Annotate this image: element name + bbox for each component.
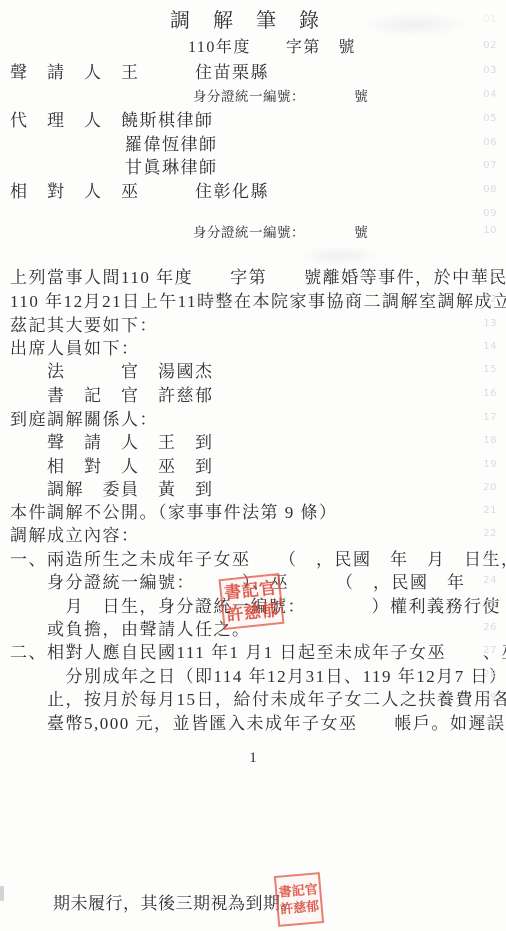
agent-line: 代 理 人 饒斯棋律師 [10, 109, 214, 132]
clause-line: 止，按月於每月15日，給付未成年子女二人之扶養費用各新 [10, 688, 506, 711]
document-line: 或負擔，由聲請人任之。26 [0, 618, 506, 641]
document-line: 一、兩造所生之未成年子女巫 （ ，民國 年 月 日生，23 [0, 548, 506, 571]
id-number-line: 身分證統一編號： 號 [193, 85, 368, 108]
document-title: 調 解 筆 錄 [170, 10, 321, 33]
line-number: 16 [483, 388, 497, 399]
clause-line: 分別成年之日（即114 年12月31日、119 年12月7 日） [10, 665, 506, 688]
document-line: 到庭調解關係人：17 [0, 408, 506, 431]
document-line: 代 理 人 饒斯棋律師05 [0, 109, 506, 132]
line-number: 03 [483, 65, 497, 76]
line-number: 04 [483, 89, 497, 100]
page-number: 1 [0, 750, 506, 767]
attorney-line: 甘眞琳律師 [125, 156, 218, 179]
document-line: 止，按月於每月15日，給付未成年子女二人之扶養費用各新29 [0, 688, 506, 711]
clause-line: 或負擔，由聲請人任之。 [10, 618, 251, 641]
line-number: 13 [483, 318, 497, 329]
line-number: 06 [483, 137, 497, 148]
line-number: 29 [483, 692, 497, 703]
line-number: 17 [483, 412, 497, 423]
attorney-line: 羅偉恆律師 [125, 133, 218, 156]
document-line: 羅偉恆律師06 [0, 133, 506, 156]
clause-line: 月 日生，身分證統一編號： ）權利義務行使 [10, 595, 501, 618]
line-number: 22 [483, 528, 497, 539]
footer-continuation-line: 期未履行，其後三期視為到期。 [53, 889, 298, 914]
line-number: 19 [483, 459, 497, 470]
document-line: 相 對 人 巫 住彰化縣08 [0, 180, 506, 203]
line-number: 30 [483, 716, 497, 727]
line-number: 27 [483, 645, 497, 656]
line-number: 05 [483, 113, 497, 124]
respondent-line: 相 對 人 巫 住彰化縣 [10, 180, 269, 203]
clause-line: 一、兩造所生之未成年子女巫 （ ，民國 年 月 日生， [10, 548, 506, 571]
document-line: 身分證統一編號： 號04 [0, 85, 506, 108]
body-line: 110 年12月21日上午11時整在本院家事協商二調解室調解成立， [10, 290, 506, 313]
document-line: 聲 請 人 王 住苗栗縣03 [0, 61, 506, 84]
line-number: 08 [483, 184, 497, 195]
document-line: 身分證統一編號： 號10 [0, 221, 506, 244]
clause-line: 臺幣5,000 元，並皆匯入未成年子女巫 帳戶。如遲誤一 [10, 712, 506, 735]
document-line: 分別成年之日（即114 年12月31日、119 年12月7 日）28 [0, 665, 506, 688]
attendee-line: 調解 委員 黃 到 [10, 478, 214, 501]
document-line: 上列當事人間110 年度 字第 號離婚等事件，於中華民國11 [0, 266, 506, 289]
document-line: 身分證統一編號： ）、巫 （ ，民國 年24 [0, 571, 506, 594]
document-line: 出席人員如下：14 [0, 337, 506, 360]
attendee-line: 相 對 人 巫 到 [10, 455, 214, 478]
line-number: 20 [483, 482, 497, 493]
line-number: 21 [483, 505, 497, 516]
line-number: 01 [483, 14, 497, 25]
document-line: 法 官 湯國杰15 [0, 360, 506, 383]
line-number: 23 [483, 552, 497, 563]
line-number: 02 [483, 40, 497, 51]
scan-artifact [295, 246, 385, 266]
document-line: 110 年12月21日上午11時整在本院家事協商二調解室調解成立，12 [0, 290, 506, 313]
scanned-document-page: 調 解 筆 錄01 110年度 字第 號02 聲 請 人 王 住苗栗縣03 身分… [0, 0, 506, 931]
scan-artifact [0, 886, 4, 901]
judge-line: 法 官 湯國杰 [10, 360, 214, 383]
document-line: 臺幣5,000 元，並皆匯入未成年子女巫 帳戶。如遲誤一30 [0, 712, 506, 735]
body-line: 出席人員如下： [10, 337, 140, 360]
line-number: 24 [483, 575, 497, 586]
body-line: 上列當事人間110 年度 字第 號離婚等事件，於中華民國 [10, 266, 506, 289]
applicant-line: 聲 請 人 王 住苗栗縣 [10, 61, 269, 84]
document-line: 相 對 人 巫 到19 [0, 455, 506, 478]
document-line: 本件調解不公開。（家事事件法第 9 條）21 [0, 501, 506, 524]
document-line: 調解成立內容：22 [0, 524, 506, 547]
body-line: 到庭調解關係人： [10, 408, 158, 431]
line-number: 10 [483, 225, 497, 236]
line-number: 14 [483, 341, 497, 352]
document-line: 月 日生，身分證統一編號： ）權利義務行使25 [0, 595, 506, 618]
line-number: 28 [483, 669, 497, 680]
clerk-line: 書 記 官 許慈郁 [10, 384, 214, 407]
case-number-line: 110年度 字第 號 [188, 36, 356, 59]
clause-line: 身分證統一編號： ）、巫 （ ，民國 年 [10, 571, 466, 594]
clause-line: 二、相對人應自民國111 年1 月1 日起至未成年子女巫 、巫 [10, 641, 506, 664]
line-number: 09 [483, 208, 497, 219]
document-line: 二、相對人應自民國111 年1 月1 日起至未成年子女巫 、巫27 [0, 641, 506, 664]
line-number: 12 [483, 294, 497, 305]
line-number: 15 [483, 364, 497, 375]
line-number: 26 [483, 622, 497, 633]
line-number: 07 [483, 160, 497, 171]
id-number-line: 身分證統一編號： 號 [193, 221, 368, 244]
body-line: 調解成立內容： [10, 524, 140, 547]
body-line: 茲記其大要如下： [10, 314, 158, 337]
document-line: 調 解 筆 錄01 [0, 10, 506, 33]
document-line: 調解 委員 黃 到20 [0, 478, 506, 501]
body-line: 本件調解不公開。（家事事件法第 9 條） [10, 501, 338, 524]
document-line: 書 記 官 許慈郁16 [0, 384, 506, 407]
document-line: 甘眞琳律師07 [0, 156, 506, 179]
document-line: 聲 請 人 王 到18 [0, 431, 506, 454]
document-line: 110年度 字第 號02 [0, 36, 506, 59]
document-line: 茲記其大要如下：13 [0, 314, 506, 337]
line-number: 11 [483, 270, 497, 281]
attendee-line: 聲 請 人 王 到 [10, 431, 214, 454]
line-number: 25 [483, 599, 497, 610]
line-number: 18 [483, 435, 497, 446]
